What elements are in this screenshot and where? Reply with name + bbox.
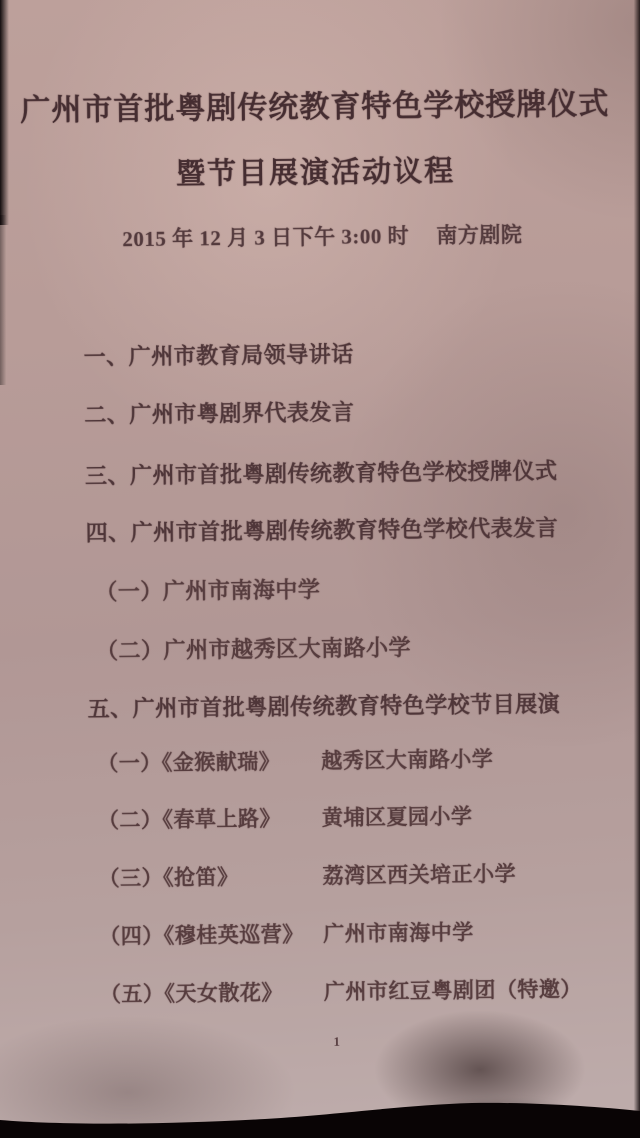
- performance-row-5: （五）《天女散花》 广州市红豆粤剧团（特邀）: [100, 973, 600, 1009]
- agenda-item-2: 二、广州市粤剧界代表发言: [84, 396, 354, 430]
- performance-performer: 荔湾区西关培正小学: [322, 858, 516, 890]
- performance-title: 《天女散花》: [164, 980, 283, 1005]
- performance-performer: 黄埔区夏园小学: [322, 800, 473, 832]
- photo-bottom-edge: [0, 1078, 640, 1138]
- performance-row-2: （二）《春草上路》 黄埔区夏园小学: [98, 799, 598, 835]
- photo-edge-shadow-left-fade: [0, 215, 7, 385]
- document-photo: 广州市首批粤剧传统教育特色学校授牌仪式 暨节目展演活动议程 2015 年 12 …: [0, 0, 640, 1138]
- performance-performer: 广州市红豆粤剧团（特邀）: [324, 973, 582, 1006]
- agenda-item-4-sub-1: （一）广州市南海中学: [95, 573, 320, 607]
- performance-performer: 广州市南海中学: [323, 916, 474, 948]
- agenda-item-5: 五、广州市首批粤剧传统教育特色学校节目展演: [87, 687, 560, 723]
- performance-title: 《抢笛》: [163, 865, 239, 890]
- performance-no: （三）: [98, 866, 163, 891]
- paper-sheet: 广州市首批粤剧传统教育特色学校授牌仪式 暨节目展演活动议程 2015 年 12 …: [0, 0, 640, 1138]
- performance-row-4: （四）《穆桂英巡营》 广州市南海中学: [99, 915, 599, 951]
- performance-performer: 越秀区大南路小学: [321, 743, 493, 775]
- photo-edge-shadow-left: [0, 0, 10, 225]
- document-title-line-1: 广州市首批粤剧传统教育特色学校授牌仪式: [0, 78, 635, 129]
- agenda-item-1: 一、广州市教育局领导讲话: [83, 338, 353, 372]
- performance-no: （一）: [97, 751, 162, 776]
- agenda-item-3: 三、广州市首批粤剧传统教育特色学校授牌仪式: [85, 454, 558, 490]
- performance-no: （四）: [99, 924, 164, 949]
- photo-edge-shadow-right: [633, 0, 640, 1138]
- document-title-line-2: 暨节目展演活动议程: [0, 146, 636, 194]
- agenda-item-4-sub-2: （二）广州市越秀区大南路小学: [96, 631, 411, 666]
- performance-no: （五）: [100, 982, 165, 1007]
- page-number: 1: [333, 1034, 340, 1050]
- performance-title: 《穆桂英巡营》: [164, 922, 304, 948]
- background-below-paper: [0, 1103, 640, 1138]
- performance-title: 《金猴献瑞》: [162, 749, 281, 774]
- performance-row-1: （一）《金猴献瑞》 越秀区大南路小学: [97, 742, 597, 778]
- event-datetime-venue: 2015 年 12 月 3 日下午 3:00 时 南方剧院: [122, 219, 522, 254]
- performance-row-3: （三）《抢笛》 荔湾区西关培正小学: [98, 857, 598, 893]
- performance-no: （二）: [98, 808, 163, 833]
- performance-title: 《春草上路》: [162, 806, 281, 831]
- agenda-item-4: 四、广州市首批粤剧传统教育特色学校代表发言: [85, 511, 558, 547]
